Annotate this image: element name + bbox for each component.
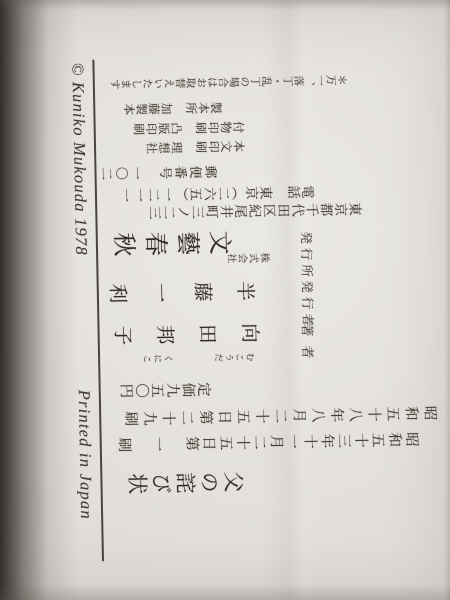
postal-label: 郵便番号 (157, 163, 217, 179)
book-colophon-photo: 父の詫び状 昭和五十三年十一月二十五日第 一 刷 昭和五十八年八月二十五日第二十… (0, 0, 450, 600)
corp-kabushiki: 株式 (248, 250, 270, 261)
postal-value: 一〇二 (98, 165, 143, 181)
postal-code: 郵便番号一〇二 (98, 164, 217, 179)
cover-printer-label: 付物印刷 (195, 120, 245, 135)
price: 定価九五〇円 (119, 380, 212, 396)
replacement-note: ＊万一、落丁・乱丁の場合はお取替えいたします (110, 74, 348, 89)
furigana-mukouda: むこうだ (213, 351, 255, 362)
publisher-address: 東京都千代田区紀尾井町三ノ二三 (148, 200, 363, 218)
credit-gap (173, 107, 185, 108)
copyright-line: © Kuniko Mukouda 1978 (67, 63, 91, 256)
author-furigana: むこうだくにこ (142, 351, 256, 362)
credit-gap (183, 146, 195, 147)
text-printer-value: 理想社 (145, 140, 183, 155)
latest-printing-date: 昭和五十八年八月二十五日第二十九刷 (120, 404, 438, 425)
text-printer-credit: 本文印刷理想社 (145, 140, 245, 154)
printed-in-japan: Printed in Japan (74, 390, 96, 520)
corp-kaisha: 会社 (226, 251, 248, 262)
bindery-value: 加藤製本 (123, 101, 173, 116)
text-printer-label: 本文印刷 (195, 139, 245, 154)
bindery-credit: 製本所加藤製本 (123, 101, 223, 115)
author-name: 向田邦子 (90, 320, 260, 343)
publisher-label: 発行所 (299, 231, 312, 281)
book-title: 父の詫び状 (124, 470, 244, 493)
publisher-name: 文藝春秋 (105, 227, 233, 253)
furigana-gap (173, 357, 213, 359)
publisher-phone: 電話 東京（二六五）一二一一 (119, 183, 315, 200)
credit-gap (183, 127, 195, 128)
cover-printer-credit: 付物印刷凸版印刷 (133, 121, 245, 135)
colophon-page: 父の詫び状 昭和五十三年十一月二十五日第 一 刷 昭和五十八年八月二十五日第二十… (0, 0, 450, 600)
cover-printer-value: 凸版印刷 (133, 121, 183, 136)
issuer-label: 発行者 (300, 280, 313, 330)
postal-gap (144, 171, 158, 172)
issuer-name: 半藤一利 (86, 278, 256, 301)
first-printing-date: 昭和五十三年十一月二十五日第 一 刷 (115, 430, 419, 450)
furigana-kuniko: くにこ (142, 353, 174, 364)
bindery-label: 製本所 (185, 100, 223, 115)
